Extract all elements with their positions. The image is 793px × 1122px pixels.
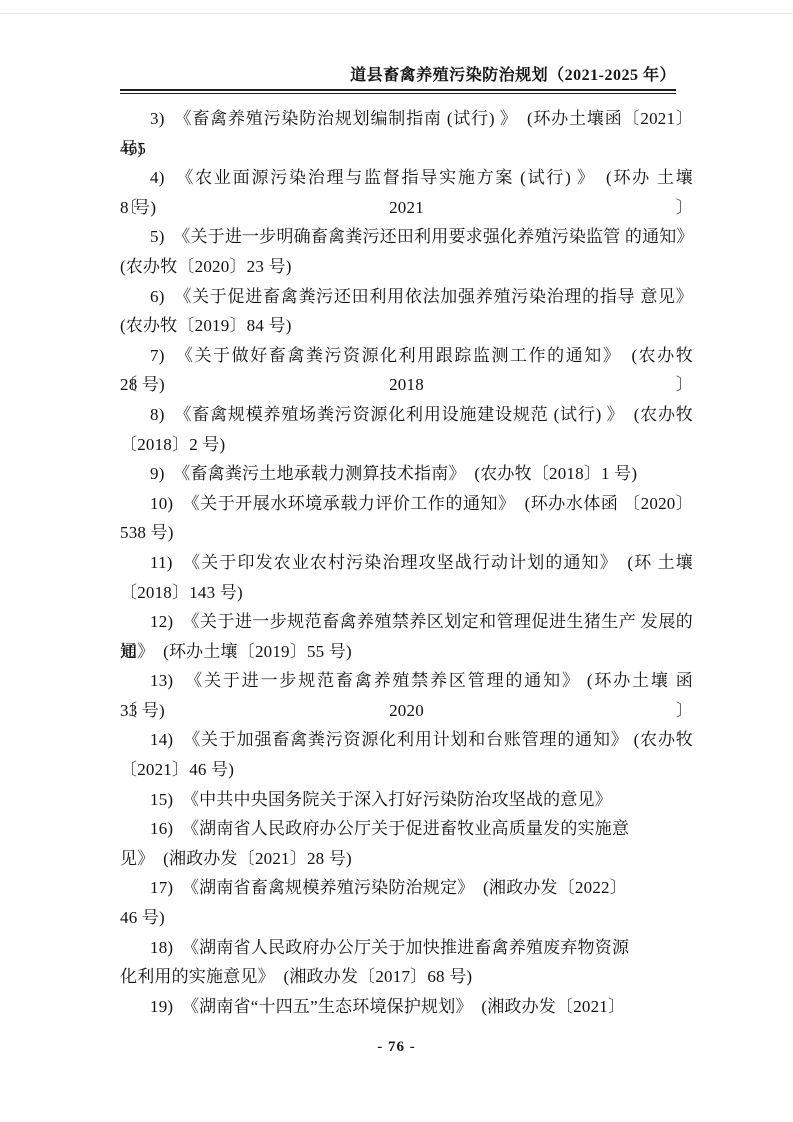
text-line: 〔2018〕2 号) [120, 430, 693, 460]
page-number: - 76 - [377, 1039, 416, 1055]
text-line: 4) 《农业面源污染治理与监督指导实施方案 (试行) 》 (环办 土壤〔2021… [120, 163, 693, 193]
header-title: 道县畜禽养殖污染防治规划（2021-2025 年） [120, 66, 676, 86]
text-line: (农办牧〔2019〕84 号) [120, 311, 693, 341]
text-line: 8) 《畜禽规模养殖场粪污资源化利用设施建设规范 (试行) 》 (农办牧 [120, 400, 693, 430]
text-line: 3) 《畜禽养殖污染防治规划编制指南 (试行) 》 (环办土壤函〔2021〕46… [120, 104, 693, 134]
page-footer: - 76 - [0, 1038, 793, 1056]
text-line: 15) 《中共中央国务院关于深入打好污染防治攻坚战的意见》 [120, 785, 693, 815]
text-line: 10) 《关于开展水环境承载力评价工作的通知》 (环办水体函 〔2020〕 [120, 489, 693, 519]
text-line: 知》 (环办土壤〔2019〕55 号) [120, 637, 693, 667]
text-line: 9) 《畜禽粪污土地承载力测算技术指南》 (农办牧〔2018〕1 号) [120, 459, 693, 489]
document-page: 道县畜禽养殖污染防治规划（2021-2025 年） 3) 《畜禽养殖污染防治规划… [0, 0, 793, 1122]
document-body: 3) 《畜禽养殖污染防治规划编制指南 (试行) 》 (环办土壤函〔2021〕46… [120, 104, 693, 1021]
text-line: 6) 《关于促进畜禽粪污还田利用依法加强养殖污染治理的指导 意见》 [120, 282, 693, 312]
page-header: 道县畜禽养殖污染防治规划（2021-2025 年） [120, 66, 676, 94]
text-line: 16) 《湖南省人民政府办公厅关于促进畜牧业高质量发的实施意 [120, 814, 693, 844]
text-line: 〔2021〕46 号) [120, 755, 693, 785]
text-line: 号) [120, 134, 693, 164]
text-line: 11) 《关于印发农业农村污染治理攻坚战行动计划的通知》 (环 土壤 [120, 548, 693, 578]
text-line: 7) 《关于做好畜禽粪污资源化利用跟踪监测工作的通知》 (农办牧〔2018〕 [120, 341, 693, 371]
text-line: 13) 《关于进一步规范畜禽养殖禁养区管理的通知》 (环办土壤 函〔2020〕 [120, 666, 693, 696]
text-line: 46 号) [120, 903, 693, 933]
page-top-edge [0, 13, 793, 14]
text-line: 538 号) [120, 518, 693, 548]
header-rule [120, 89, 676, 94]
text-line: 化利用的实施意见》 (湘政办发〔2017〕68 号) [120, 962, 693, 992]
text-line: (农办牧〔2020〕23 号) [120, 252, 693, 282]
text-line: 见》 (湘政办发〔2021〕28 号) [120, 844, 693, 874]
text-line: 18) 《湖南省人民政府办公厅关于加快推进畜禽养殖废弃物资源 [120, 933, 693, 963]
text-line: 19) 《湖南省“十四五”生态环境保护规划》 (湘政办发〔2021〕 [120, 992, 693, 1022]
text-line: 5) 《关于进一步明确畜禽粪污还田利用要求强化养殖污染监管 的通知》 [120, 222, 693, 252]
text-line: 17) 《湖南省畜禽规模养殖污染防治规定》 (湘政办发〔2022〕 [120, 873, 693, 903]
text-line: 12) 《关于进一步规范畜禽养殖禁养区划定和管理促进生猪生产 发展的通 [120, 607, 693, 637]
text-line: 14) 《关于加强畜禽粪污资源化利用计划和台账管理的通知》 (农办牧 [120, 725, 693, 755]
text-line: 〔2018〕143 号) [120, 578, 693, 608]
